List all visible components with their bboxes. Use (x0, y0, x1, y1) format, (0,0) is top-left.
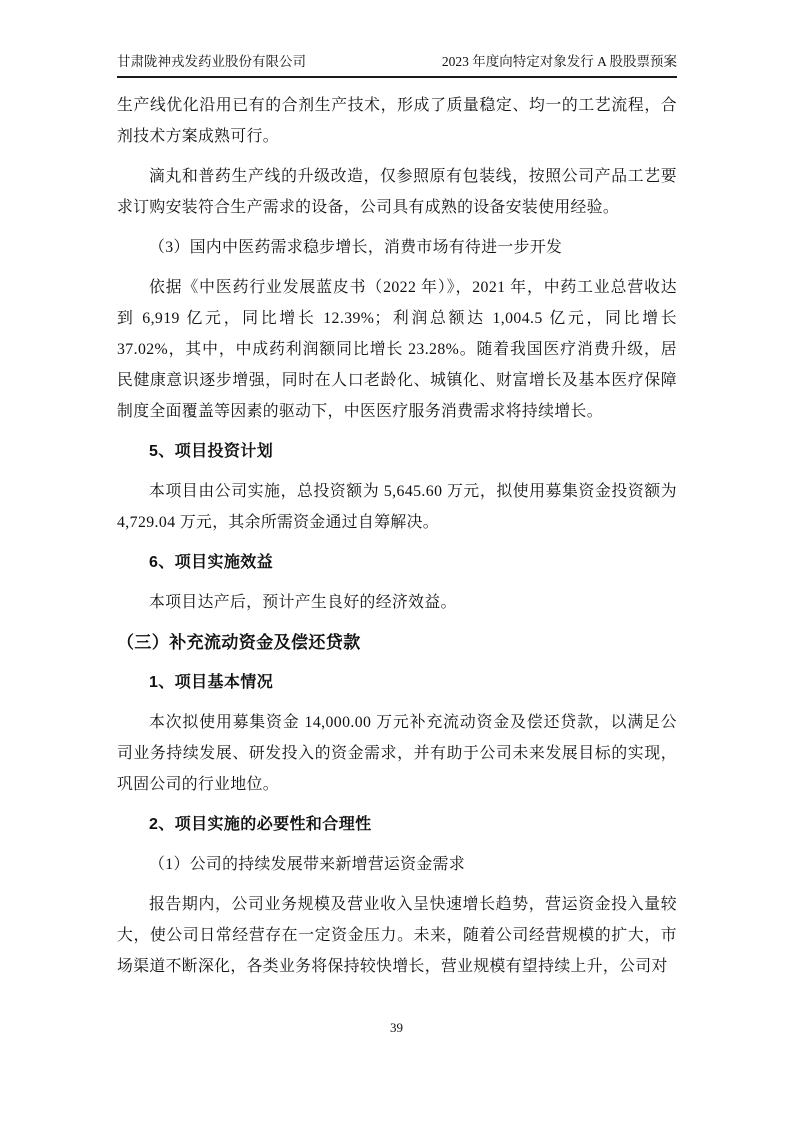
heading-5: 5、项目投资计划 (117, 436, 677, 467)
paragraph: 依据《中医药行业发展蓝皮书（2022 年）》，2021 年，中药工业总营收达到 … (117, 272, 677, 427)
document-body: 生产线优化沿用已有的合剂生产技术，形成了质量稳定、均一的工艺流程，合剂技术方案成… (117, 90, 677, 991)
page-number: 39 (390, 1020, 403, 1035)
paragraph: 本项目由公司实施，总投资额为 5,645.60 万元，拟使用募集资金投资额为 4… (117, 476, 677, 538)
heading-2: 2、项目实施的必要性和合理性 (117, 809, 677, 840)
subheading-item-3: （3）国内中医药需求稳步增长，消费市场有待进一步开发 (117, 232, 677, 263)
heading-6: 6、项目实施效益 (117, 547, 677, 578)
paragraph: 本次拟使用募集资金 14,000.00 万元补充流动资金及偿还贷款，以满足公司业… (117, 707, 677, 800)
subheading-item-1: （1）公司的持续发展带来新增营运资金需求 (117, 849, 677, 880)
paragraph: 报告期内，公司业务规模及营业收入呈快速增长趋势，营运资金投入量较大，使公司日常经… (117, 889, 677, 982)
paragraph-continuation: 生产线优化沿用已有的合剂生产技术，形成了质量稳定、均一的工艺流程，合剂技术方案成… (117, 90, 677, 152)
section-heading-3: （三）补充流动资金及偿还贷款 (117, 627, 677, 658)
paragraph: 本项目达产后，预计产生良好的经济效益。 (117, 587, 677, 618)
header-doc-title: 2023 年度向特定对象发行 A 股股票预案 (442, 54, 677, 70)
header-company-name: 甘肃陇神戎发药业股份有限公司 (117, 54, 306, 70)
page-footer: 39 (0, 1020, 793, 1036)
heading-1: 1、项目基本情况 (117, 667, 677, 698)
page-header: 甘肃陇神戎发药业股份有限公司 2023 年度向特定对象发行 A 股股票预案 (117, 54, 677, 78)
document-page: 甘肃陇神戎发药业股份有限公司 2023 年度向特定对象发行 A 股股票预案 生产… (0, 0, 793, 1122)
paragraph: 滴丸和普药生产线的升级改造，仅参照原有包装线，按照公司产品工艺要求订购安装符合生… (117, 161, 677, 223)
